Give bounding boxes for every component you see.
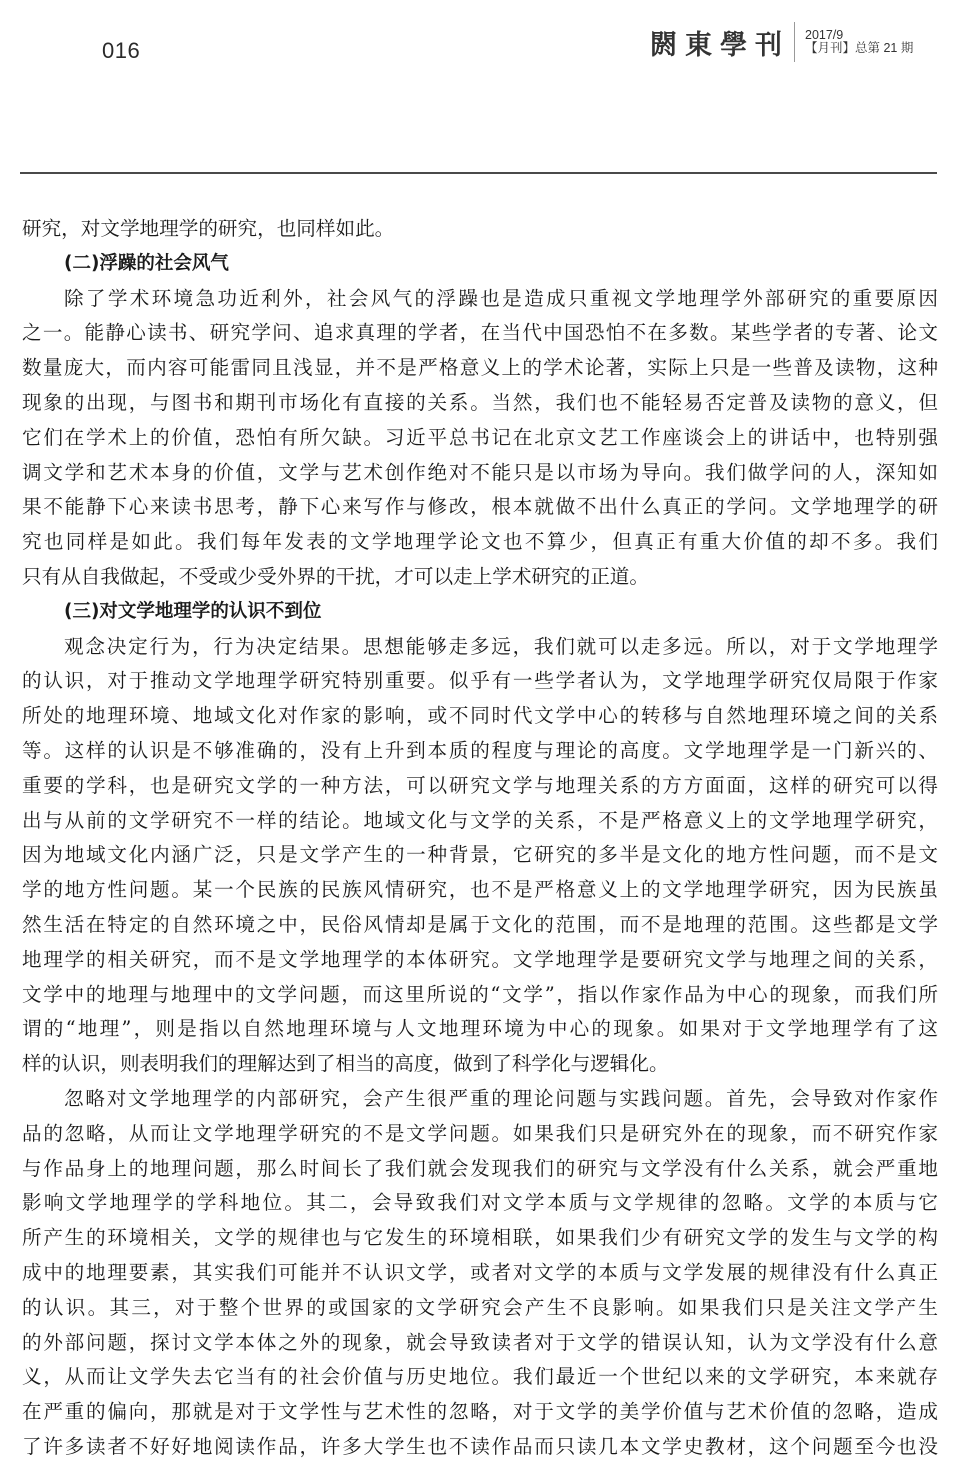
paragraph-line: 所处的地理环境、地域文化对作家的影响，或不同时代文学中心的转移与自然地理环境之间… (22, 699, 938, 734)
paragraph-line: 学的地方性问题。某一个民族的民族风情研究，也不是严格意义上的文学地理学研究，因为… (22, 873, 938, 908)
paragraph-line: 文学中的地理与地理中的文学问题，而这里所说的“文学”，指以作家作品为中心的现象，… (22, 978, 938, 1013)
paragraph-line: 在严重的偏向，那就是对于文学性与艺术性的忽略，对于文学的美学价值与艺术价值的忽略… (22, 1395, 938, 1430)
issue-info: 2017/9 【月刊】总第 21 期 (805, 29, 913, 55)
journal-logo: 閼東學刊 (650, 23, 790, 62)
paragraph-line: 影响文学地理学的学科地位。其二，会导致我们对文学本质与文学规律的忽略。文学的本质… (22, 1186, 938, 1221)
paragraph-line: 重要的学科，也是研究文学的一种方法，可以研究文学与地理关系的方方面面，这样的研究… (22, 769, 938, 804)
paragraph-line: 所产生的环境相关，文学的规律也与它发生的环境相联，如果我们少有研究文学的发生与文… (22, 1221, 938, 1256)
paragraph-line: 调文学和艺术本身的价值，文学与艺术创作绝对不能只是以市场为导向。我们做学问的人，… (22, 456, 938, 491)
masthead-divider (794, 22, 795, 62)
paragraph-line: 样的认识，则表明我们的理解达到了相当的高度，做到了科学化与逻辑化。 (22, 1047, 938, 1082)
paragraph-line: 数量庞大，而内容可能雷同且浅显，并不是严格意义上的学术论著，实际上只是一些普及读… (22, 351, 938, 386)
paragraph-line: 出与从前的文学研究不一样的结论。地域文化与文学的关系，不是严格意义上的文学地理学… (22, 804, 938, 839)
paragraph-line: 地理学的相关研究，而不是文学地理学的本体研究。文学地理学是要研究文学与地理之间的… (22, 943, 938, 978)
paragraph-line: 研究，对文学地理学的研究，也同样如此。 (22, 212, 938, 247)
paragraph-line: 成中的地理要素，其实我们可能并不认识文学，或者对文学的本质与文学发展的规律没有什… (22, 1256, 938, 1291)
paragraph-line: 品的忽略，从而让文学地理学研究的不是文学问题。如果我们只是研究外在的现象，而不研… (22, 1117, 938, 1152)
paragraph-line: 然生活在特定的自然环境之中，民俗风情却是属于文化的范围，而不是地理的范围。这些都… (22, 908, 938, 943)
paragraph-line: 与作品身上的地理问题，那么时间长了我们就会发现我们的研究与文学没有什么关系，就会… (22, 1152, 938, 1187)
paragraph-line: 只有从自我做起，不受或少受外界的干扰，才可以走上学术研究的正道。 (22, 560, 938, 595)
issue-detail: 【月刊】总第 21 期 (805, 42, 913, 55)
paragraph-line: 究也同样是如此。我们每年发表的文学地理学论文也不算少，但真正有重大价值的却不多。… (22, 525, 938, 560)
paragraph-line: 现象的出现，与图书和期刊市场化有直接的关系。当然，我们也不能轻易否定普及读物的意… (22, 386, 938, 421)
paragraph-line: 的外部问题，探讨文学本体之外的现象，就会导致读者对于文学的错误认知，认为文学没有… (22, 1326, 938, 1361)
paragraph-line: 因为地域文化内涵广泛，只是文学产生的一种背景，它研究的多半是文化的地方性问题，而… (22, 838, 938, 873)
paragraph-line: 谓的“地理”，则是指以自然地理环境与人文地理环境为中心的现象。如果对于文学地理学… (22, 1012, 938, 1047)
paragraph-line: 之一。能静心读书、研究学问、追求真理的学者，在当代中国恐怕不在多数。某些学者的专… (22, 316, 938, 351)
section-heading: (三)对文学地理学的认识不到位 (22, 595, 938, 630)
paragraph-line: 忽略对文学地理学的内部研究，会产生很严重的理论问题与实践问题。首先，会导致对作家… (22, 1082, 938, 1117)
paragraph-line: 它们在学术上的价值，恐怕有所欠缺。习近平总书记在北京文艺工作座谈会上的讲话中，也… (22, 421, 938, 456)
paragraph-line: 的认识。其三，对于整个世界的或国家的文学研究会产生不良影响。如果我们只是关注文学… (22, 1291, 938, 1326)
section-heading: (二)浮躁的社会风气 (22, 247, 938, 282)
article-body: 研究，对文学地理学的研究，也同样如此。(二)浮躁的社会风气除了学术环境急功近利外… (22, 212, 938, 1465)
journal-masthead: 閼東學刊 2017/9 【月刊】总第 21 期 (650, 20, 913, 64)
paragraph-line: 义，从而让文学失去它当有的社会价值与历史地位。我们最近一个世纪以来的文学研究，本… (22, 1360, 938, 1395)
paragraph-line: 除了学术环境急功近利外，社会风气的浮躁也是造成只重视文学地理学外部研究的重要原因 (22, 282, 938, 317)
paragraph-line: 等。这样的认识是不够准确的，没有上升到本质的程度与理论的高度。文学地理学是一门新… (22, 734, 938, 769)
paragraph-line: 的认识，对于推动文学地理学研究特别重要。似乎有一些学者认为，文学地理学研究仅局限… (22, 664, 938, 699)
page-number: 016 (102, 38, 140, 64)
paragraph-line: 观念决定行为，行为决定结果。思想能够走多远，我们就可以走多远。所以，对于文学地理… (22, 630, 938, 665)
paragraph-line: 了许多读者不好好地阅读作品，许多大学生也不读作品而只读几本文学史教材，这个问题至… (22, 1430, 938, 1465)
paragraph-line: 果不能静下心来读书思考，静下心来写作与修改，根本就做不出什么真正的学问。文学地理… (22, 490, 938, 525)
header-rule (20, 172, 937, 174)
